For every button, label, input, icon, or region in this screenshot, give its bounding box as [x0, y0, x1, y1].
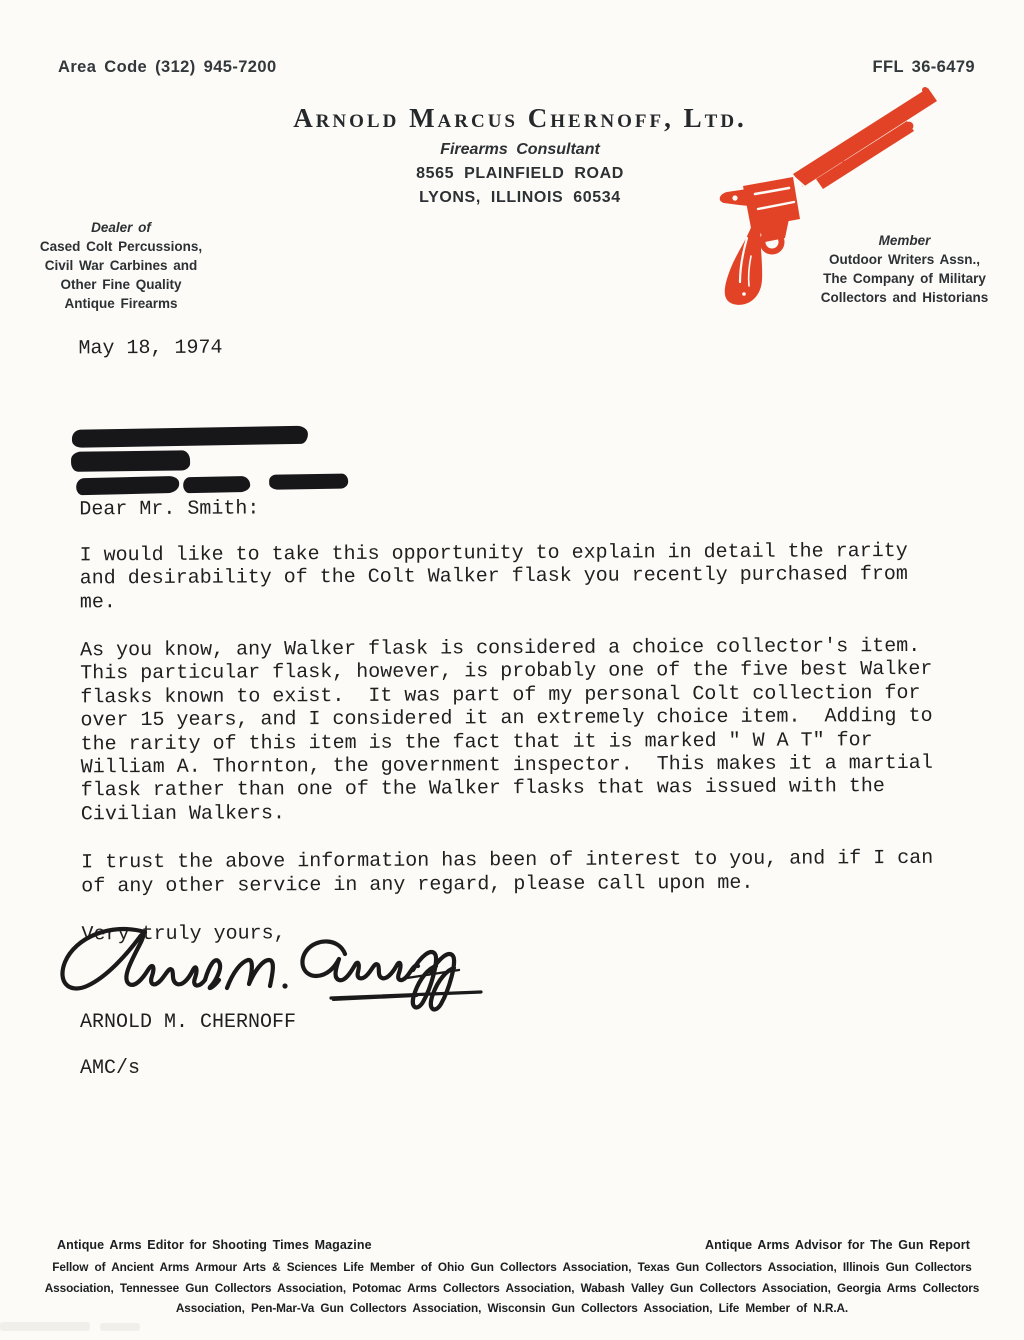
- redaction-bar: [76, 476, 179, 495]
- paragraph-1: I would like to take this opportunity to…: [79, 539, 969, 614]
- scanned-letter-page: Area Code (312) 945-7200 FFL 36-6479 Arn…: [0, 0, 1024, 1340]
- dealer-line: Antique Firearms: [36, 294, 206, 313]
- area-code-label: Area Code (312) 945-7200: [58, 58, 277, 77]
- dealer-line: Civil War Carbines and: [36, 256, 206, 275]
- paragraph-3: I trust the above information has been o…: [81, 847, 971, 898]
- scan-smudge: [100, 1323, 140, 1331]
- salutation: Dear Mr. Smith:: [79, 494, 969, 522]
- redaction-bar: [71, 451, 190, 472]
- footer-credits: Antique Arms Editor for Shooting Times M…: [57, 1238, 970, 1252]
- paragraph-2: As you know, any Walker flask is conside…: [80, 635, 971, 827]
- reference-initials: AMC/s: [80, 1057, 140, 1080]
- letter-date: May 18, 1974: [78, 333, 968, 361]
- letter-body: May 18, 1974 Dear Mr. Smith: I would lik…: [78, 333, 971, 947]
- redaction-bar: [72, 426, 308, 448]
- footer-right-credit: Antique Arms Advisor for The Gun Report: [705, 1238, 970, 1252]
- signature-image: [55, 920, 495, 1020]
- dealer-of-block: Dealer of Cased Colt Percussions, Civil …: [36, 218, 206, 313]
- revolver-icon: [695, 86, 950, 311]
- trigger-guard-shape: [763, 233, 782, 252]
- dealer-line: Other Fine Quality: [36, 275, 206, 294]
- redacted-recipient-address: [79, 380, 969, 477]
- dealer-line: Cased Colt Percussions,: [36, 237, 206, 256]
- scan-smudge: [0, 1322, 90, 1331]
- dealer-of-title: Dealer of: [36, 218, 206, 237]
- redaction-bar: [183, 476, 250, 493]
- redaction-bar: [269, 474, 348, 490]
- ffl-number-label: FFL 36-6479: [873, 58, 975, 77]
- footer-memberships: Fellow of Ancient Arms Armour Arts & Sci…: [0, 1257, 1024, 1319]
- typed-signature-name: ARNOLD M. CHERNOFF: [80, 1011, 296, 1034]
- footer-left-credit: Antique Arms Editor for Shooting Times M…: [57, 1238, 372, 1252]
